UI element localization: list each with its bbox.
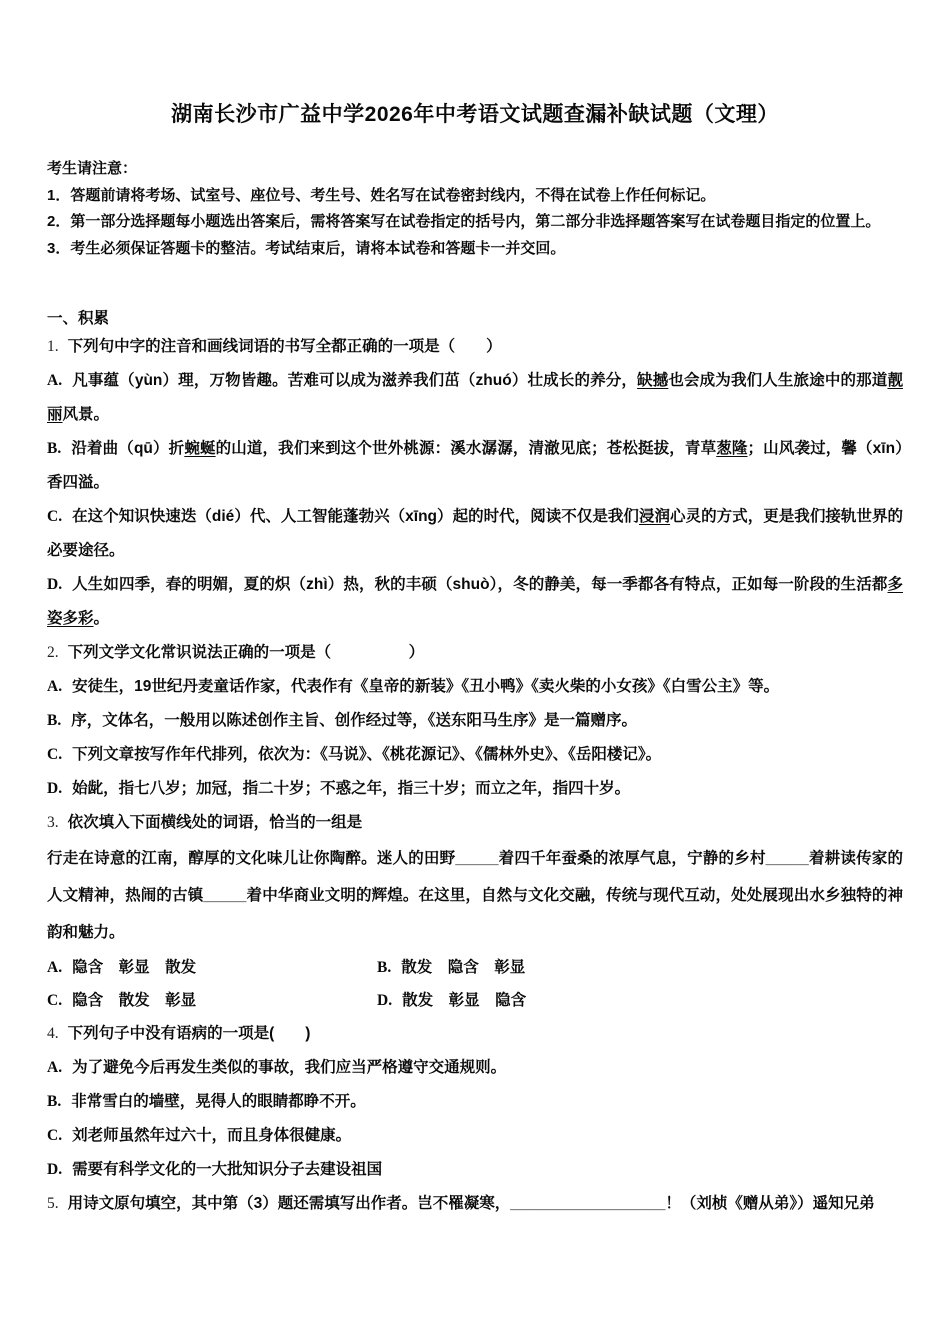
question-number: 4. xyxy=(47,1025,59,1042)
option-text: 为了避免今后再发生类似的事故，我们应当严格遵守交通规则。 xyxy=(72,1059,506,1076)
question-passage: 行走在诗意的江南，醇厚的文化味儿让你陶醉。迷人的田野_____着四千年蚕桑的浓厚… xyxy=(47,840,903,951)
question-stem: 4.下列句子中没有语病的一项是( ) xyxy=(47,1017,903,1051)
option-text: 下列文章按写作年代排列，依次为：《马说》、《桃花源记》、《儒林外史》、《岳阳楼记… xyxy=(72,746,661,763)
option-text: 散发 隐含 彰显 xyxy=(401,959,525,976)
option-d: D.人生如四季，春的明媚，夏的炽（zhì）热，秋的丰硕（shuò），冬的静美，每… xyxy=(47,568,903,636)
option-a: A.隐含 彰显 散发 xyxy=(47,951,377,984)
option-label: A. xyxy=(47,372,62,389)
option-label: C. xyxy=(47,746,62,763)
option-c: C.下列文章按写作年代排列，依次为：《马说》、《桃花源记》、《儒林外史》、《岳阳… xyxy=(47,738,903,772)
option-a: A.为了避免今后再发生类似的事故，我们应当严格遵守交通规则。 xyxy=(47,1051,903,1085)
question-3: 3.依次填入下面横线处的词语，恰当的一组是 行走在诗意的江南，醇厚的文化味儿让你… xyxy=(47,806,903,1017)
option-b: B.非常雪白的墙壁，晃得人的眼睛都睁不开。 xyxy=(47,1085,903,1119)
option-label: B. xyxy=(47,712,61,729)
question-1: 1.下列句中字的注音和画线词语的书写全都正确的一项是（ ） A.凡事蕴（yùn）… xyxy=(47,330,903,636)
option-label: A. xyxy=(47,1059,62,1076)
notice-item: 2．第一部分选择题每小题选出答案后，需将答案写在试卷指定的括号内，第二部分非选择… xyxy=(47,209,903,236)
option-text: 隐含 彰显 散发 xyxy=(72,959,196,976)
option-b: B.沿着曲（qū）折蜿蜒的山道，我们来到这个世外桃源：溪水潺潺，清澈见底；苍松挺… xyxy=(47,432,903,500)
option-text: 凡事蕴（yùn）理，万物皆趣。苦难可以成为滋养我们茁（zhuó）壮成长的养分，缺… xyxy=(47,372,903,423)
option-d: D.散发 彰显 隐含 xyxy=(377,984,903,1017)
option-text: 需要有科学文化的一大批知识分子去建设祖国 xyxy=(72,1161,382,1178)
option-text: 序，文体名，一般用以陈述创作主旨、创作经过等，《送东阳马生序》是一篇赠序。 xyxy=(71,712,637,729)
section-title: 一、积累 xyxy=(47,308,903,330)
question-number: 3. xyxy=(47,814,59,831)
option-label: A. xyxy=(47,678,62,695)
option-d: D.始龀，指七八岁；加冠，指二十岁；不惑之年，指三十岁；而立之年，指四十岁。 xyxy=(47,772,903,806)
question-stem-text: 依次填入下面横线处的词语，恰当的一组是 xyxy=(68,814,363,831)
option-text: 隐含 散发 彰显 xyxy=(72,992,196,1009)
option-label: B. xyxy=(47,440,61,457)
option-label: D. xyxy=(47,576,62,593)
option-c: C.在这个知识快速迭（dié）代、人工智能蓬勃兴（xīng）起的时代，阅读不仅是… xyxy=(47,500,903,568)
option-label: C. xyxy=(47,992,62,1009)
option-label: A. xyxy=(47,959,62,976)
option-a: A.凡事蕴（yùn）理，万物皆趣。苦难可以成为滋养我们茁（zhuó）壮成长的养分… xyxy=(47,364,903,432)
option-label: C. xyxy=(47,1127,62,1144)
notice-item: 3．考生必须保证答题卡的整洁。考试结束后，请将本试卷和答题卡一并交回。 xyxy=(47,236,903,263)
question-2: 2.下列文学文化常识说法正确的一项是（ ） A.安徒生，19世纪丹麦童话作家，代… xyxy=(47,636,903,806)
option-label: D. xyxy=(377,992,392,1009)
option-grid: A.隐含 彰显 散发 B.散发 隐含 彰显 C.隐含 散发 彰显 D.散发 彰显… xyxy=(47,951,903,1017)
question-stem: 5.用诗文原句填空，其中第（3）题还需填写出作者。岂不罹凝寒，_________… xyxy=(47,1187,903,1221)
option-b: B.序，文体名，一般用以陈述创作主旨、创作经过等，《送东阳马生序》是一篇赠序。 xyxy=(47,704,903,738)
option-label: C. xyxy=(47,508,62,525)
option-text: 沿着曲（qū）折蜿蜒的山道，我们来到这个世外桃源：溪水潺潺，清澈见底；苍松挺拔，… xyxy=(47,440,903,491)
option-label: D. xyxy=(47,1161,62,1178)
option-d: D.需要有科学文化的一大批知识分子去建设祖国 xyxy=(47,1153,903,1187)
option-c: C.刘老师虽然年过六十，而且身体很健康。 xyxy=(47,1119,903,1153)
question-4: 4.下列句子中没有语病的一项是( ) A.为了避免今后再发生类似的事故，我们应当… xyxy=(47,1017,903,1187)
page-title: 湖南长沙市广益中学2026年中考语文试题查漏补缺试题（文理） xyxy=(47,102,903,128)
question-5: 5.用诗文原句填空，其中第（3）题还需填写出作者。岂不罹凝寒，_________… xyxy=(47,1187,903,1221)
question-stem-text: 下列文学文化常识说法正确的一项是（ ） xyxy=(68,644,425,661)
option-text: 始龀，指七八岁；加冠，指二十岁；不惑之年，指三十岁；而立之年，指四十岁。 xyxy=(72,780,630,797)
notice-section: 考生请注意： 1．答题前请将考场、试室号、座位号、考生号、姓名写在试卷密封线内，… xyxy=(47,156,903,262)
option-text: 人生如四季，春的明媚，夏的炽（zhì）热，秋的丰硕（shuò），冬的静美，每一季… xyxy=(47,576,903,627)
question-stem: 1.下列句中字的注音和画线词语的书写全都正确的一项是（ ） xyxy=(47,330,903,364)
option-b: B.散发 隐含 彰显 xyxy=(377,951,903,984)
option-label: D. xyxy=(47,780,62,797)
question-number: 2. xyxy=(47,644,59,661)
exam-paper: 湖南长沙市广益中学2026年中考语文试题查漏补缺试题（文理） 考生请注意： 1．… xyxy=(0,0,950,1344)
notice-item: 1．答题前请将考场、试室号、座位号、考生号、姓名写在试卷密封线内，不得在试卷上作… xyxy=(47,183,903,210)
option-text: 刘老师虽然年过六十，而且身体很健康。 xyxy=(72,1127,351,1144)
option-label: B. xyxy=(47,1093,61,1110)
question-number: 5. xyxy=(47,1195,59,1212)
option-text: 在这个知识快速迭（dié）代、人工智能蓬勃兴（xīng）起的时代，阅读不仅是我们… xyxy=(47,508,903,559)
question-stem: 3.依次填入下面横线处的词语，恰当的一组是 xyxy=(47,806,903,840)
option-text: 散发 彰显 隐含 xyxy=(402,992,526,1009)
option-label: B. xyxy=(377,959,391,976)
question-stem-text: 下列句子中没有语病的一项是( ) xyxy=(68,1025,311,1042)
option-text: 非常雪白的墙壁，晃得人的眼睛都睁不开。 xyxy=(71,1093,366,1110)
question-stem-text: 用诗文原句填空，其中第（3）题还需填写出作者。岂不罹凝寒，___________… xyxy=(68,1195,875,1212)
question-stem: 2.下列文学文化常识说法正确的一项是（ ） xyxy=(47,636,903,670)
question-number: 1. xyxy=(47,338,59,355)
option-text: 安徒生，19世纪丹麦童话作家，代表作有《皇帝的新装》《丑小鸭》《卖火柴的小女孩》… xyxy=(72,678,779,695)
notice-heading: 考生请注意： xyxy=(47,156,903,183)
option-a: A.安徒生，19世纪丹麦童话作家，代表作有《皇帝的新装》《丑小鸭》《卖火柴的小女… xyxy=(47,670,903,704)
option-c: C.隐含 散发 彰显 xyxy=(47,984,377,1017)
question-stem-text: 下列句中字的注音和画线词语的书写全都正确的一项是（ ） xyxy=(68,338,502,355)
